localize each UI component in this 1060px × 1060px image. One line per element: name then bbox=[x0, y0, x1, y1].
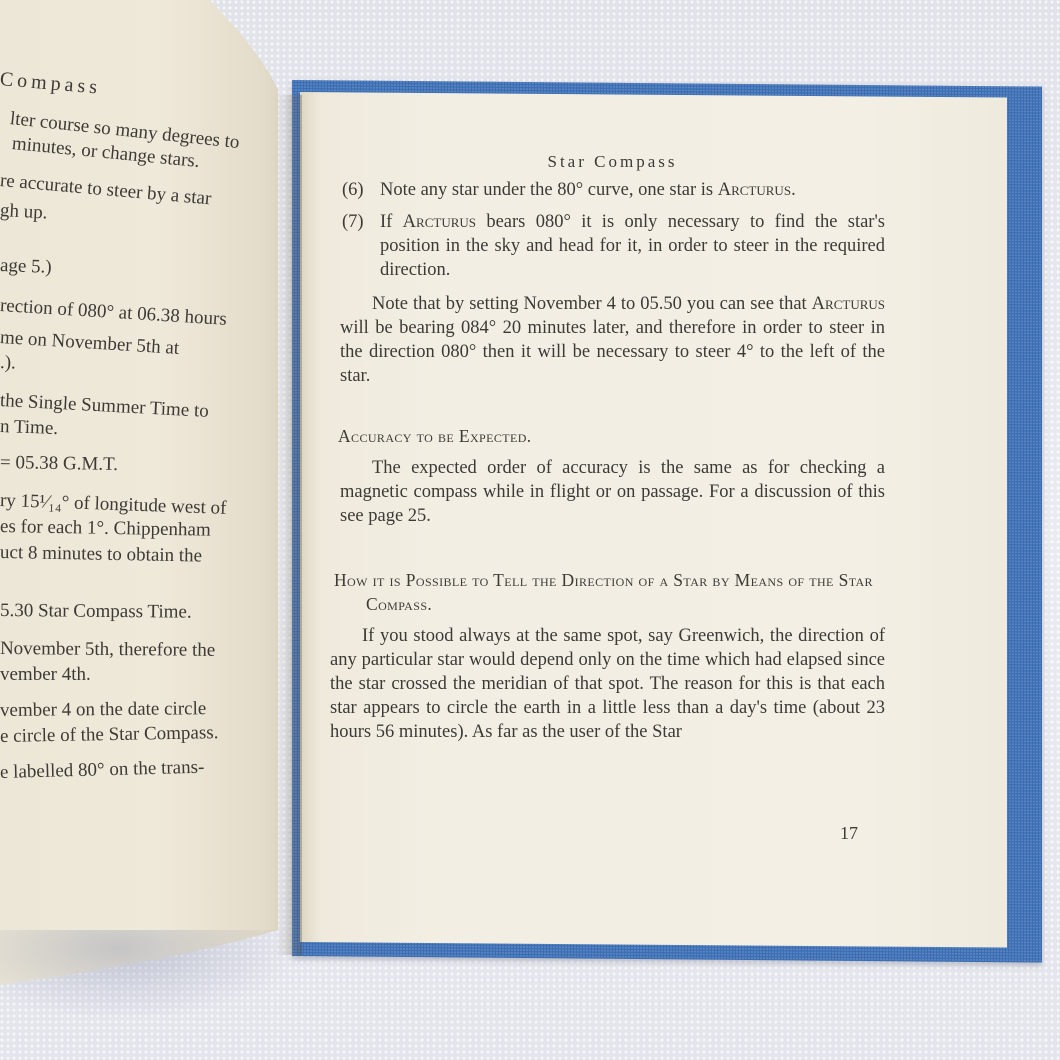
star-name: Arcturus bbox=[403, 212, 476, 232]
note-paragraph: Note that by setting November 4 to 05.50… bbox=[340, 292, 885, 388]
left-line: age 5.) bbox=[0, 255, 52, 279]
left-line: vember 4th. bbox=[0, 664, 91, 686]
left-line: e labelled 80° on the trans- bbox=[0, 757, 205, 784]
left-running-head: Compass bbox=[0, 68, 102, 100]
left-line: vember 4 on the date circle bbox=[0, 698, 206, 722]
section-paragraph: If you stood always at the same spot, sa… bbox=[330, 624, 885, 744]
left-line: me on November 5th at bbox=[0, 327, 180, 360]
star-name: Arcturus bbox=[718, 180, 791, 200]
left-page: Compass lter course so many degrees to m… bbox=[0, 0, 290, 995]
left-line: n Time. bbox=[0, 416, 58, 440]
running-head: Star Compass bbox=[340, 150, 885, 174]
left-line: uct 8 minutes to obtain the bbox=[0, 542, 202, 568]
left-line: 5.30 Star Compass Time. bbox=[0, 600, 192, 624]
item-text: If Arcturus bears 080° it is only necess… bbox=[380, 210, 885, 282]
section-heading: Accuracy to be Expected. bbox=[338, 424, 885, 448]
item-text: Note any star under the 80° curve, one s… bbox=[380, 178, 885, 202]
page-shadow bbox=[0, 930, 300, 1020]
left-line: gh up. bbox=[0, 200, 48, 224]
left-line: rection of 080° at 06.38 hours bbox=[0, 295, 227, 331]
left-line: .). bbox=[0, 352, 16, 375]
left-line: November 5th, therefore the bbox=[0, 638, 215, 662]
section-paragraph: The expected order of accuracy is the sa… bbox=[340, 456, 885, 528]
item-number: (7) bbox=[340, 210, 380, 282]
list-item: (6) Note any star under the 80° curve, o… bbox=[340, 178, 885, 202]
left-line: es for each 1°. Chippenham bbox=[0, 516, 211, 542]
item-number: (6) bbox=[340, 178, 380, 202]
book-gutter bbox=[276, 95, 302, 955]
page-number: 17 bbox=[840, 823, 858, 844]
list-item: (7) If Arcturus bears 080° it is only ne… bbox=[340, 210, 885, 282]
right-page-text: Star Compass (6) Note any star under the… bbox=[340, 150, 885, 744]
left-line: = 05.38 G.M.T. bbox=[0, 452, 118, 476]
star-name: Arcturus bbox=[812, 294, 885, 314]
left-page-text: Compass lter course so many degrees to m… bbox=[0, 0, 290, 995]
left-line: e circle of the Star Compass. bbox=[0, 722, 219, 748]
left-line: ry 15¹⁄₁₄° of longitude west of bbox=[0, 490, 227, 520]
section-heading: How it is Possible to Tell the Direction… bbox=[334, 568, 885, 616]
